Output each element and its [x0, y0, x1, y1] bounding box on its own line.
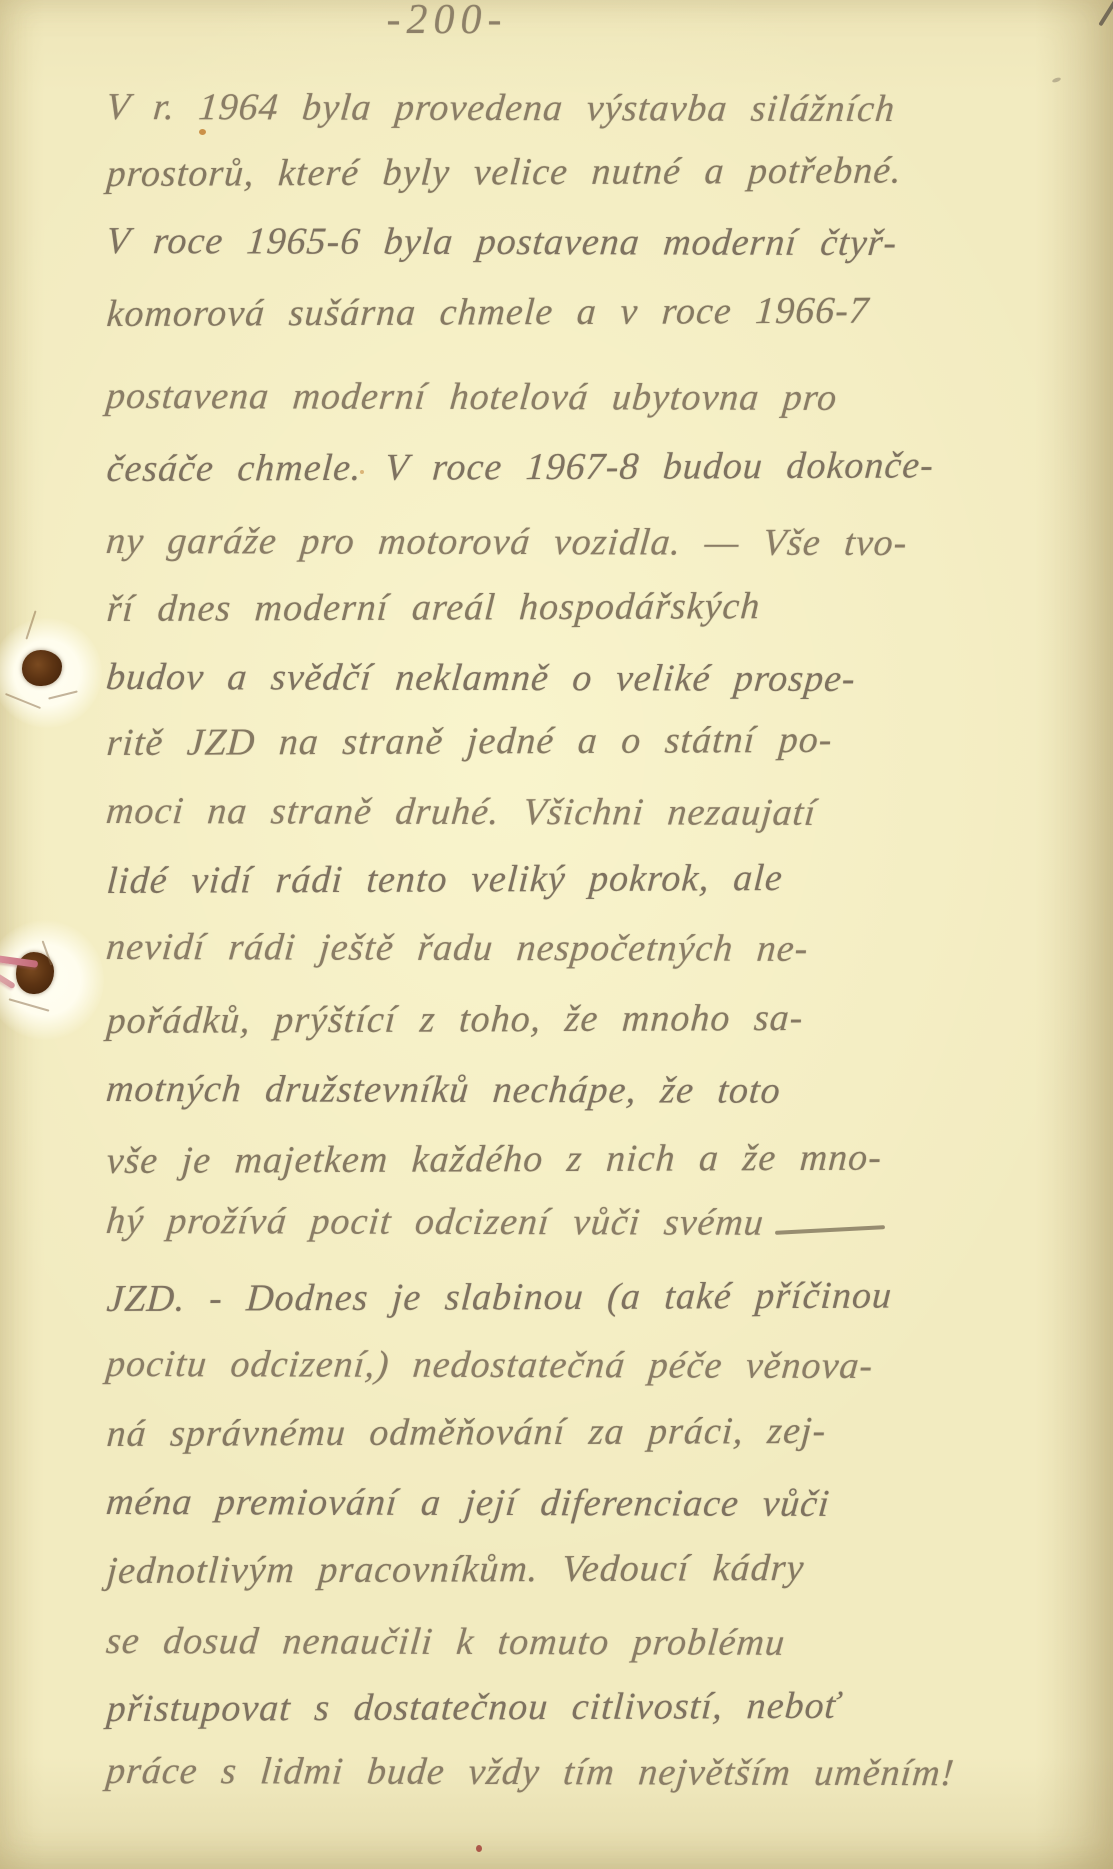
manuscript-line: moci na straně druhé. Všichni nezaujatí — [105, 792, 1068, 833]
paper-stain — [199, 129, 206, 135]
manuscript-line: ná správnému odměňování za práci, zej- — [106, 1411, 1069, 1453]
manuscript-line: prostorů, které byly velice nutné a potř… — [106, 151, 1069, 193]
manuscript-line: přistupovat s dostatečnou citlivostí, ne… — [106, 1686, 1069, 1728]
manuscript-line: pořádků, prýštící z toho, že mnoho sa- — [106, 998, 1069, 1040]
paper-stain — [360, 470, 364, 474]
manuscript-line: pocitu odcizení,) nedostatečná péče věno… — [105, 1345, 1068, 1386]
manuscript-line: budov a svědčí neklamně o veliké prospe- — [105, 658, 1068, 699]
manuscript-line: V r. 1964 byla provedena výstavba silážn… — [105, 88, 1068, 129]
manuscript-line: ří dnes moderní areál hospodářských — [106, 586, 1069, 628]
manuscript-line: ména premiování a její diferenciace vůči — [105, 1483, 1068, 1524]
manuscript-line: V roce 1965-6 byla postavena moderní čty… — [105, 222, 1068, 263]
manuscript-line: jednotlivým pracovníkům. Vedoucí kádry — [106, 1548, 1069, 1590]
manuscript-line: práce s lidmi bude vždy tím největším um… — [105, 1752, 1068, 1793]
manuscript-line: JZD. - Dodnes je slabinou (a také příčin… — [106, 1276, 1069, 1318]
paper-stain — [1052, 77, 1062, 84]
manuscript-line: se dosud nenaučili k tomuto problému — [105, 1622, 1068, 1663]
manuscript-line: postavena moderní hotelová ubytovna pro — [105, 377, 1068, 418]
paper-stain — [476, 1845, 482, 1852]
page-number: -200- — [352, 0, 542, 44]
manuscript-line: hý prožívá pocit odcizení vůči svému — [105, 1202, 1068, 1243]
manuscript-line: motných družstevníků nechápe, že toto — [105, 1070, 1068, 1111]
manuscript-line: ritě JZD na straně jedné a o státní po- — [106, 720, 1069, 762]
manuscript-line: česáče chmele. V roce 1967-8 budou dokon… — [106, 446, 1069, 488]
manuscript-line: komorová sušárna chmele a v roce 1966-7 — [106, 291, 1069, 333]
manuscript-line: lidé vidí rádi tento veliký pokrok, ale — [106, 858, 1069, 900]
scanned-page: -200- V r. 1964 byla provedena výstavba … — [0, 0, 1113, 1869]
manuscript-line: ny garáže pro motorová vozidla. — Vše tv… — [105, 522, 1068, 563]
manuscript-line: vše je majetkem každého z nich a že mno- — [106, 1138, 1069, 1180]
corner-pen-stroke — [1098, 0, 1113, 26]
manuscript-line: nevidí rádi ještě řadu nespočetných ne- — [105, 928, 1068, 969]
